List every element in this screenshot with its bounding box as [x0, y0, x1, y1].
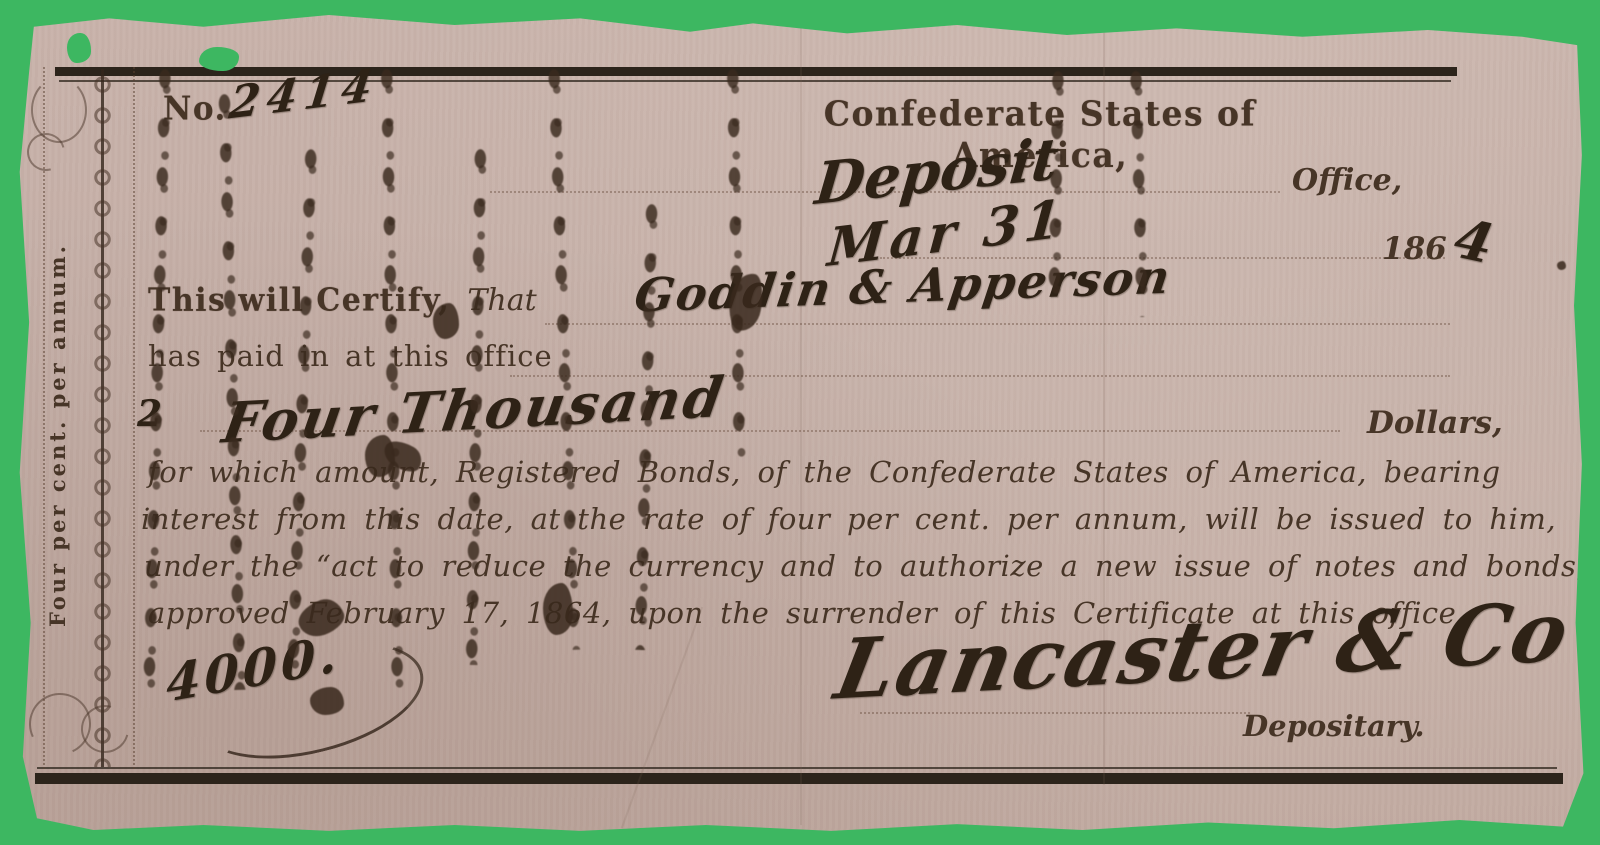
currency-label: Dollars,: [1367, 405, 1503, 441]
signature-role: Depositary.: [1243, 709, 1425, 743]
vine-ornament: [89, 69, 116, 767]
office-label: Office,: [1292, 163, 1402, 198]
paper-hole: [67, 33, 91, 63]
ink-blob: [433, 303, 459, 339]
paid-line: has paid in at this office: [148, 339, 553, 373]
ink-blob: [310, 687, 344, 715]
year-digit-handwritten: 4: [1449, 206, 1499, 276]
ink-speck: [1557, 261, 1566, 270]
photo-backdrop: Four per cent. per annum. No. 2414 Confe…: [0, 0, 1600, 845]
writing-guide-line: [545, 323, 1450, 325]
paper-hole: [199, 47, 239, 71]
body-line: interest from this date, at the rate of …: [141, 502, 1556, 536]
bottom-rule-thin: [37, 767, 1557, 769]
body-line: under the “act to reduce the currency an…: [144, 549, 1600, 583]
payee-handwritten: Goddin & Apperson: [631, 249, 1175, 322]
year-printed: 186: [1382, 231, 1447, 267]
body-line: for which amount, Registered Bonds, of t…: [148, 455, 1501, 489]
certificate-paper: Four per cent. per annum. No. 2414 Confe…: [15, 5, 1585, 840]
side-text-four-per-cent: Four per cent. per annum.: [45, 155, 83, 715]
bottom-rule-thick: [35, 773, 1563, 784]
border-dotted-right: [133, 67, 135, 769]
ink-blob: [543, 583, 573, 635]
